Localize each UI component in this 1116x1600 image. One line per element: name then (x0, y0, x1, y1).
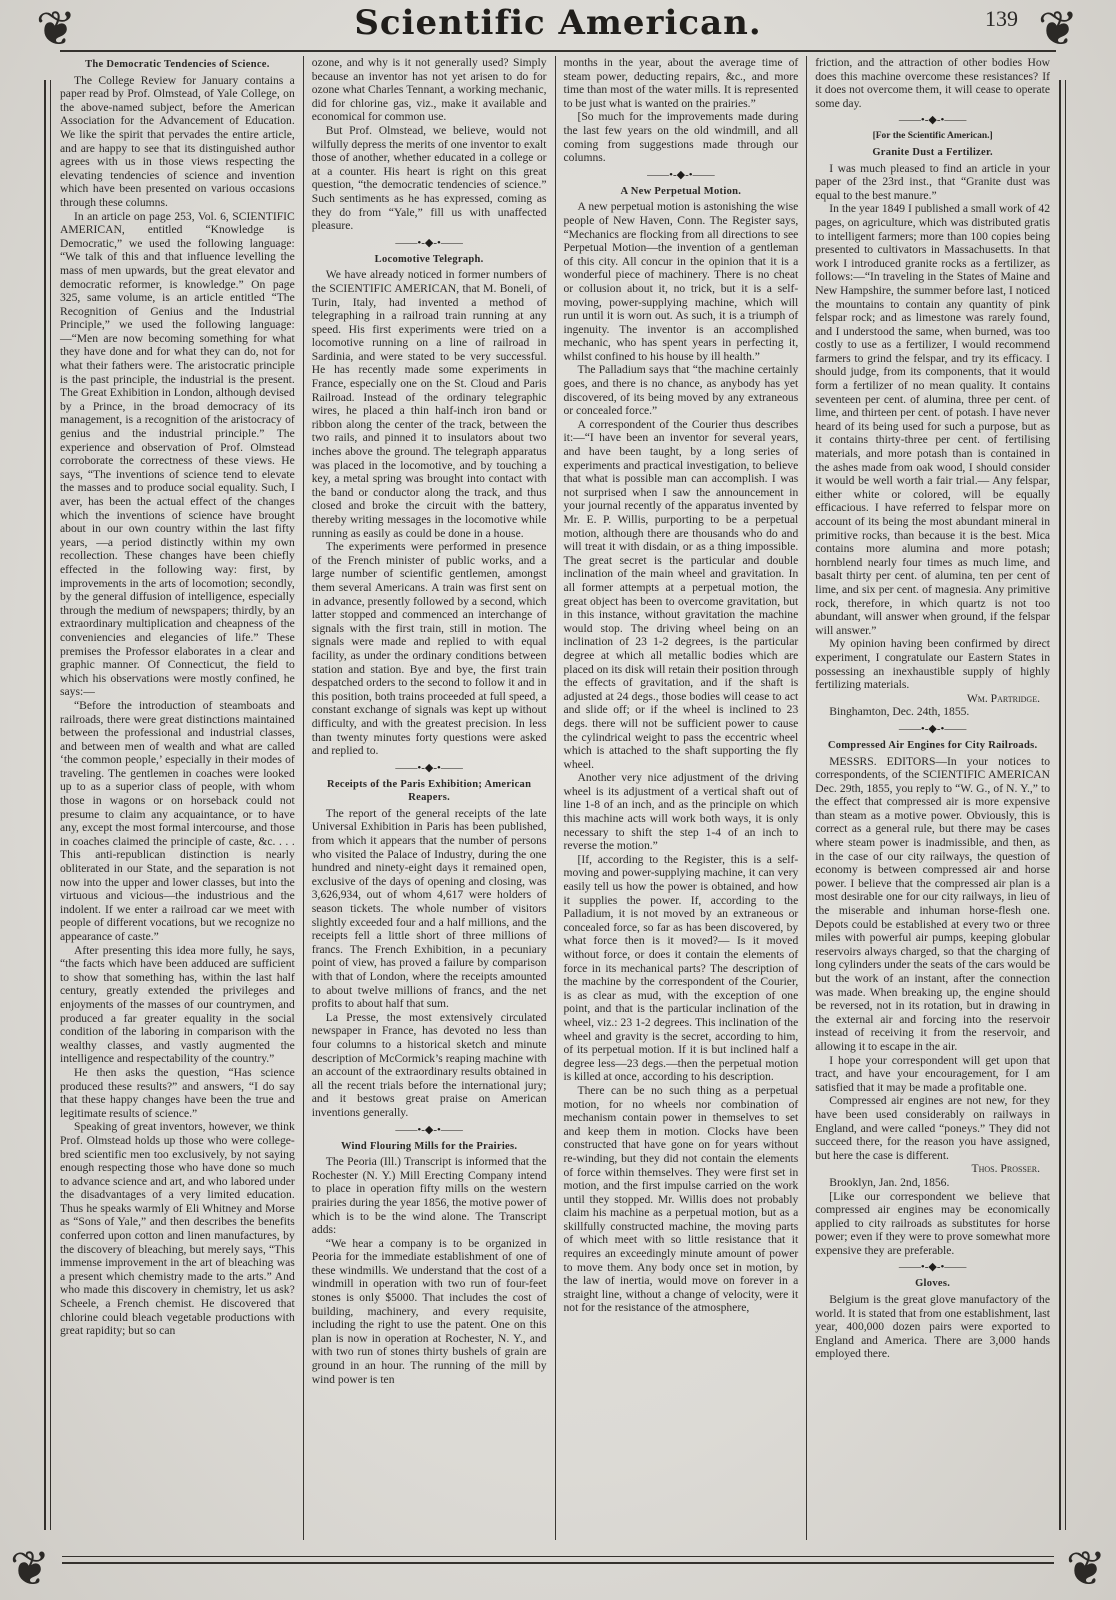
body-paragraph: I was much pleased to find an article in… (815, 162, 1050, 203)
newspaper-page: ❦ ❦ ❦ ❦ Scientific American. 139 The Dem… (0, 0, 1116, 1600)
footer-rule (62, 1556, 1054, 1564)
body-paragraph: “We hear a company is to be organized in… (312, 1237, 547, 1387)
article-columns: The Democratic Tendencies of Science.The… (52, 56, 1058, 1540)
body-paragraph: There can be no such thing as a perpetua… (564, 1084, 799, 1315)
article-headline: Locomotive Telegraph. (312, 253, 547, 267)
body-paragraph: La Presse, the most extensively circulat… (312, 1011, 547, 1120)
body-paragraph: MESSRS. EDITORS—In your notices to corre… (815, 755, 1050, 1054)
body-paragraph: He then asks the question, “Has science … (60, 1066, 295, 1120)
body-paragraph: ozone, and why is it not generally used?… (312, 56, 547, 124)
section-divider-icon: ——•-◆-•—— (815, 113, 1050, 127)
body-paragraph: [So much for the improvements made durin… (564, 110, 799, 164)
article-headline: Receipts of the Paris Exhibition; Americ… (312, 778, 547, 805)
body-paragraph: I hope your correspondent will get upon … (815, 1054, 1050, 1095)
publication-title: Scientific American. (60, 0, 1056, 46)
border-rule-left (44, 80, 51, 1530)
section-divider-icon: ——•-◆-•—— (312, 761, 547, 775)
section-divider-icon: ——•-◆-•—— (312, 236, 547, 250)
ornament-corner-icon: ❦ (0, 1540, 60, 1600)
body-paragraph: months in the year, about the average ti… (564, 56, 799, 110)
body-paragraph: The report of the general receipts of th… (312, 807, 547, 1011)
section-divider-icon: ——•-◆-•—— (564, 168, 799, 182)
body-paragraph: My opinion having been confirmed by dire… (815, 637, 1050, 691)
body-paragraph: Compressed air engines are not new, for … (815, 1094, 1050, 1162)
body-paragraph: Speaking of great inventors, however, we… (60, 1120, 295, 1338)
section-divider-icon: ——•-◆-•—— (312, 1123, 547, 1137)
article-headline: A New Perpetual Motion. (564, 185, 799, 199)
body-paragraph: After presenting this idea more fully, h… (60, 944, 295, 1066)
body-paragraph: The College Review for January contains … (60, 74, 295, 210)
body-paragraph: The Palladium says that “the machine cer… (564, 363, 799, 417)
border-rule-right (1059, 80, 1066, 1530)
body-paragraph: A new perpetual motion is astonishing th… (564, 200, 799, 363)
ornament-corner-icon: ❦ (1056, 1540, 1116, 1600)
article-headline: Compressed Air Engines for City Railroad… (815, 739, 1050, 753)
header-rule (60, 50, 1056, 52)
letter-dateline: Binghamton, Dec. 24th, 1855. (815, 705, 1050, 719)
letter-dateline: Brooklyn, Jan. 2nd, 1856. (815, 1176, 1050, 1190)
author-signature: Thos. Prosser. (815, 1162, 1050, 1176)
article-headline: Granite Dust a Fertilizer. (815, 146, 1050, 160)
article-kicker: [For the Scientific American.] (815, 130, 1050, 144)
body-paragraph: Another very nice adjustment of the driv… (564, 771, 799, 853)
body-paragraph: In an article on page 253, Vol. 6, SCIEN… (60, 210, 295, 699)
section-divider-icon: ——•-◆-•—— (815, 722, 1050, 736)
body-paragraph: Belgium is the great glove manufactory o… (815, 1293, 1050, 1361)
body-paragraph: We have already noticed in former number… (312, 268, 547, 540)
page-number: 139 (985, 6, 1018, 32)
column-4: friction, and the attraction of other bo… (806, 56, 1058, 1540)
column-2: ozone, and why is it not generally used?… (303, 56, 555, 1540)
body-paragraph: The Peoria (Ill.) Transcript is informed… (312, 1155, 547, 1237)
article-headline: Gloves. (815, 1277, 1050, 1291)
masthead: Scientific American. 139 (60, 0, 1056, 50)
article-headline: Wind Flouring Mills for the Prairies. (312, 1140, 547, 1154)
author-signature: Wm. Partridge. (815, 692, 1050, 706)
body-paragraph: A correspondent of the Courier thus desc… (564, 418, 799, 771)
body-paragraph: But Prof. Olmstead, we believe, would no… (312, 124, 547, 233)
column-3: months in the year, about the average ti… (555, 56, 807, 1540)
column-1: The Democratic Tendencies of Science.The… (52, 56, 303, 1540)
body-paragraph: [Like our correspondent we believe that … (815, 1190, 1050, 1258)
section-divider-icon: ——•-◆-•—— (815, 1260, 1050, 1274)
body-paragraph: friction, and the attraction of other bo… (815, 56, 1050, 110)
article-headline: The Democratic Tendencies of Science. (60, 58, 295, 72)
body-paragraph: “Before the introduction of steamboats a… (60, 699, 295, 944)
body-paragraph: [If, according to the Register, this is … (564, 853, 799, 1084)
body-paragraph: In the year 1849 I published a small wor… (815, 202, 1050, 637)
body-paragraph: The experiments were performed in presen… (312, 540, 547, 758)
